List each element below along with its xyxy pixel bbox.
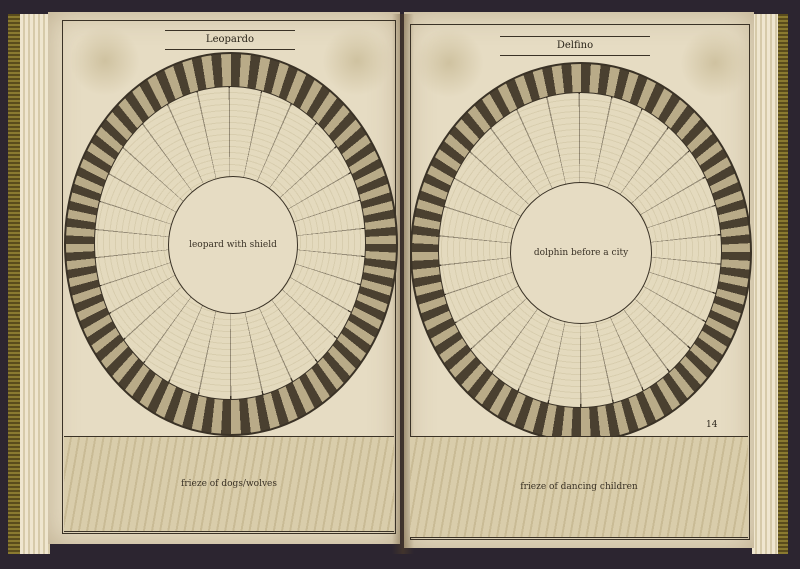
right-scroll-label: Delfino (557, 40, 593, 51)
left-page-edges (20, 14, 50, 554)
right-angel-icon (322, 26, 392, 96)
left-bottom-frieze: frieze of dogs/wolves (64, 436, 394, 532)
dolphin-icon: dolphin before a city (534, 248, 628, 258)
right-bottom-frieze: frieze of dancing children (410, 436, 748, 538)
leopard-icon: leopard with shield (189, 240, 277, 250)
right-center-medallion: dolphin before a city (510, 182, 652, 324)
right-page-left-angel-icon (414, 28, 484, 98)
dogs-frieze-icon: frieze of dogs/wolves (181, 479, 277, 489)
right-title-scroll: Delfino (500, 36, 650, 56)
children-frieze-icon: frieze of dancing children (520, 482, 637, 492)
right-page-edges (752, 14, 778, 554)
folio-number: 14 (706, 420, 717, 430)
left-scroll-label: Leopardo (206, 34, 254, 45)
left-center-medallion: leopard with shield (168, 176, 298, 314)
right-page-right-angel-icon (680, 28, 750, 98)
left-title-scroll: Leopardo (165, 30, 295, 50)
left-angel-icon (70, 26, 140, 96)
